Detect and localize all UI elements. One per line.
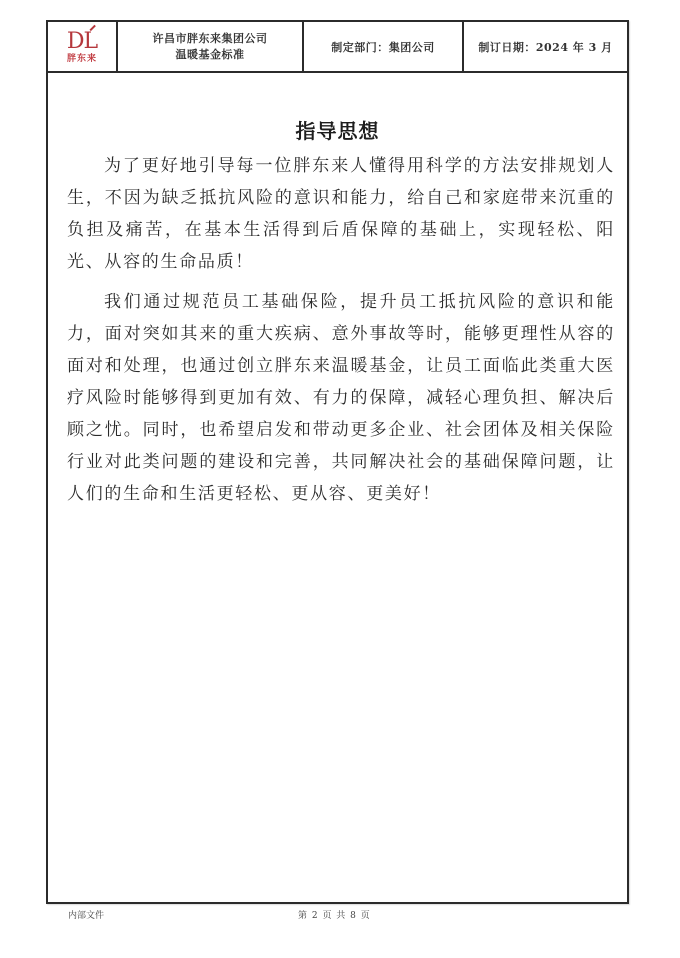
logo-text: 胖东来 (67, 55, 97, 64)
standard-name: 温暖基金标准 (176, 47, 245, 63)
footer-classification: 内部文件 (68, 908, 104, 921)
department-label: 制定部门：集团公司 (331, 39, 435, 55)
company-name: 许昌市胖东来集团公司 (153, 31, 268, 47)
company-cell: 许昌市胖东来集团公司 温暖基金标准 (116, 22, 302, 71)
document-header-table: DL 胖东来 许昌市胖东来集团公司 温暖基金标准 制定部门：集团公司 制订日期：… (48, 22, 627, 73)
company-logo: DL 胖东来 (67, 29, 97, 64)
paragraph: 为了更好地引导每一位胖东来人懂得用科学的方法安排规划人生，不因为缺乏抵抗风险的意… (67, 150, 615, 278)
paragraph: 我们通过规范员工基础保险，提升员工抵抗风险的意识和能力，面对突如其来的重大疾病、… (67, 286, 615, 510)
revision-date-label: 制订日期：2024 年 3 月 (478, 39, 612, 55)
document-page-frame: DL 胖东来 许昌市胖东来集团公司 温暖基金标准 制定部门：集团公司 制订日期：… (46, 20, 629, 904)
logo-mark-icon: DL (67, 31, 97, 53)
revision-date-cell: 制订日期：2024 年 3 月 (462, 22, 627, 71)
department-cell: 制定部门：集团公司 (302, 22, 462, 71)
document-body: 为了更好地引导每一位胖东来人懂得用科学的方法安排规划人生，不因为缺乏抵抗风险的意… (67, 150, 615, 518)
logo-cell: DL 胖东来 (48, 22, 116, 71)
footer-page-indicator: 第 2 页 共 8 页 (298, 908, 371, 921)
document-title: 指导思想 (48, 115, 627, 144)
